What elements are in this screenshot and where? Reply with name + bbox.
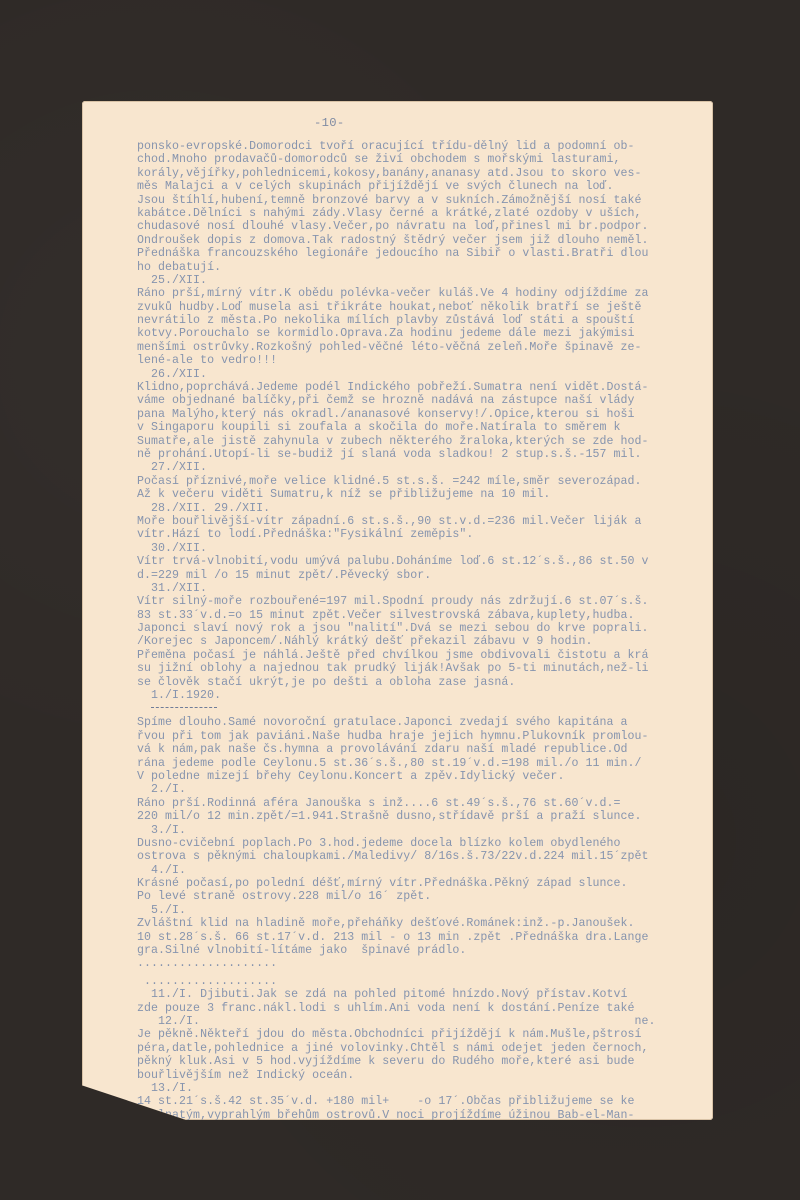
diary-text-line: Krásné počasí,po polední déšť,mírný vítr… [137, 877, 707, 890]
diary-date-heading: 3./I. [137, 824, 707, 837]
diary-date-heading: 25./XII. [137, 274, 707, 287]
diary-text-line: Počasí příznivé,moře velice klidné.5 st.… [137, 475, 707, 488]
diary-text-line: Zvláštní klid na hladině moře,přeháňky d… [137, 917, 707, 930]
diary-text-line: Dusno-cvičební poplach.Po 3.hod.jedeme d… [137, 837, 707, 850]
diary-text-line: Po levé straně ostrovy.228 mil/o 16´ zpě… [137, 890, 707, 903]
diary-text-line: nevrátilo z města.Po nekolika mílích pla… [137, 314, 707, 327]
diary-text-line: pana Malýho,který nás okradl./ananasové … [137, 408, 707, 421]
diary-text-line: se člověk stačí ukrýt,je po dešti a oblo… [137, 676, 707, 689]
diary-text-line: Moře bouřlivější-vítr západní.6 st.s.š.,… [137, 515, 707, 528]
diary-text-line: 10 st.28´s.š. 66 st.17´v.d. 213 mil - o … [137, 931, 707, 944]
diary-text-line: chudasové nosí dlouhé vlasy.Večer,po náv… [137, 220, 707, 233]
diary-date-heading: 31./XII. [137, 582, 707, 595]
diary-text-line: ně prohání.Utopí-li se-budiž jí slaná vo… [137, 448, 707, 461]
diary-text-line: Vítr trvá-vlnobití,vodu umývá palubu.Doh… [137, 555, 707, 568]
diary-text-line: péra,datle,pohlednice a jiné volovinky.C… [137, 1042, 707, 1055]
diary-text-line: bouřlivějším než Indický oceán. [137, 1069, 707, 1082]
diary-text-line: vítr.Hází to lodí.Přednáška:"Fysikální z… [137, 528, 707, 541]
diary-text-line: řvou při tom jak paviáni.Naše hudba hraj… [137, 730, 707, 743]
diary-text-line: V poledne mizejí břehy Ceylonu.Koncert a… [137, 770, 707, 783]
diary-text-line: ho debatují. [137, 261, 707, 274]
diary-text-line: Až k večeru viděti Sumatru,k níž se přib… [137, 488, 707, 501]
diary-text-line: su jižní oblohy a najednou tak prudký li… [137, 662, 707, 675]
diary-text-line: chod.Mnoho prodavačů-domorodců se živí o… [137, 153, 707, 166]
diary-text-line: 220 mil/o 12 min.zpět/=1.941.Strašně dus… [137, 810, 707, 823]
diary-text-line: Sumatře,ale jistě zahynula v zubech někt… [137, 435, 707, 448]
diary-text-line: 14 st.21´s.š.42 st.35´v.d. +180 mil+ -o … [137, 1095, 707, 1108]
diary-date-heading: 30./XII. [137, 542, 707, 555]
diary-text-line: lené-ale to vedro!!! [137, 354, 707, 367]
diary-text-line: Přeměna počasí je náhlá.Ještě před chvíl… [137, 649, 707, 662]
diary-text-line: Klidno,poprchává.Jedeme podél Indického … [137, 381, 707, 394]
diary-text-line: gra.Silné vlnobití-lítáme jako špinavé p… [137, 944, 707, 957]
diary-body-text: ponsko-evropské.Domorodci tvoří oracujíc… [137, 140, 707, 1162]
diary-text-line: Ráno prší.Rodinná aféra Janouška s inž..… [137, 797, 707, 810]
diary-text-line: měs Malajci a v celých skupinách přijížd… [137, 180, 707, 193]
typewritten-page: -10- ponsko-evropské.Domorodci tvoří ora… [82, 101, 713, 1120]
diary-text-line: ................... [137, 975, 707, 988]
diary-text-line: Ráno prší,mírný vítr.K obědu polévka-več… [137, 287, 707, 300]
diary-date-heading: 28./XII. 29./XII. [137, 502, 707, 515]
diary-text-line: Vítr silný-moře rozbouřené=197 mil.Spodn… [137, 595, 707, 608]
diary-text-line: menšími ostrůvky.Rozkošný pohled-věčné l… [137, 341, 707, 354]
diary-text-line: 12./I. ne. [137, 1015, 707, 1028]
diary-text-line: v Singaporu koupili si zoufala a skočila… [137, 421, 707, 434]
diary-date-heading: 26./XII. [137, 368, 707, 381]
diary-text-line: ostrova s pěknými chaloupkami./Maledivy/… [137, 850, 707, 863]
diary-text-line: /Korejec s Japoncem/.Náhlý krátký dešť p… [137, 635, 707, 648]
diary-text-line: korály,vějířky,pohlednicemi,kokosy,banán… [137, 167, 707, 180]
diary-text-line: Je pěkně.Někteří jdou do města.Obchodníc… [137, 1028, 707, 1041]
diary-text-line: Spíme dlouho.Samé novoroční gratulace.Ja… [137, 716, 707, 729]
diary-text-line: váme objednané balíčky,při čemž se hrozn… [137, 394, 707, 407]
diary-text-line: zde pouze 3 franc.nákl.lodi s uhlím.Ani … [137, 1002, 707, 1015]
section-divider [151, 707, 217, 708]
diary-text-line: Ondroušek dopis z domova.Tak radostný št… [137, 234, 707, 247]
diary-text-line: vá k nám,pak naše čs.hymna a provolávání… [137, 743, 707, 756]
diary-date-heading: 2./I. [137, 783, 707, 796]
diary-text-line: Jsou štíhlí,hubení,temně bronzové barvy … [137, 194, 707, 207]
diary-date-heading: 5./I. [137, 904, 707, 917]
diary-date-heading: 1./I.1920. [137, 689, 707, 702]
diary-text-line: rána jedeme podle Ceylonu.5 st.36´s.š.,8… [137, 757, 707, 770]
page-number: -10- [82, 116, 713, 130]
diary-date-heading: 4./I. [137, 864, 707, 877]
diary-text-line: zvuků hudby.Loď musela asi třikráte houk… [137, 301, 707, 314]
diary-text-line: kotvy.Porouchalo se kormidlo.Oprava.Za h… [137, 327, 707, 340]
diary-text-line: d.=229 mil /o 15 minut zpět/.Pěvecký sbo… [137, 569, 707, 582]
diary-text-line: pěkný kluk.Asi v 5 hod.vyjíždíme k sever… [137, 1055, 707, 1068]
diary-text-line: Japonci slaví nový rok a jsou "nalití".D… [137, 622, 707, 635]
diary-date-heading: 13./I. [137, 1082, 707, 1095]
diary-text-line: Přednáška francouzského legionáře jedouc… [137, 247, 707, 260]
diary-date-heading: 27./XII. [137, 461, 707, 474]
diary-text-line: kabátce.Dělníci s nahými zády.Vlasy čern… [137, 207, 707, 220]
diary-text-line: ponsko-evropské.Domorodci tvoří oracujíc… [137, 140, 707, 153]
diary-text-line: 11./I. Djibuti.Jak se zdá na pohled pito… [137, 988, 707, 1001]
diary-text-line: 83 st.33´v.d.=o 15 minut zpět.Večer silv… [137, 609, 707, 622]
diary-text-line: .................... [137, 957, 707, 970]
